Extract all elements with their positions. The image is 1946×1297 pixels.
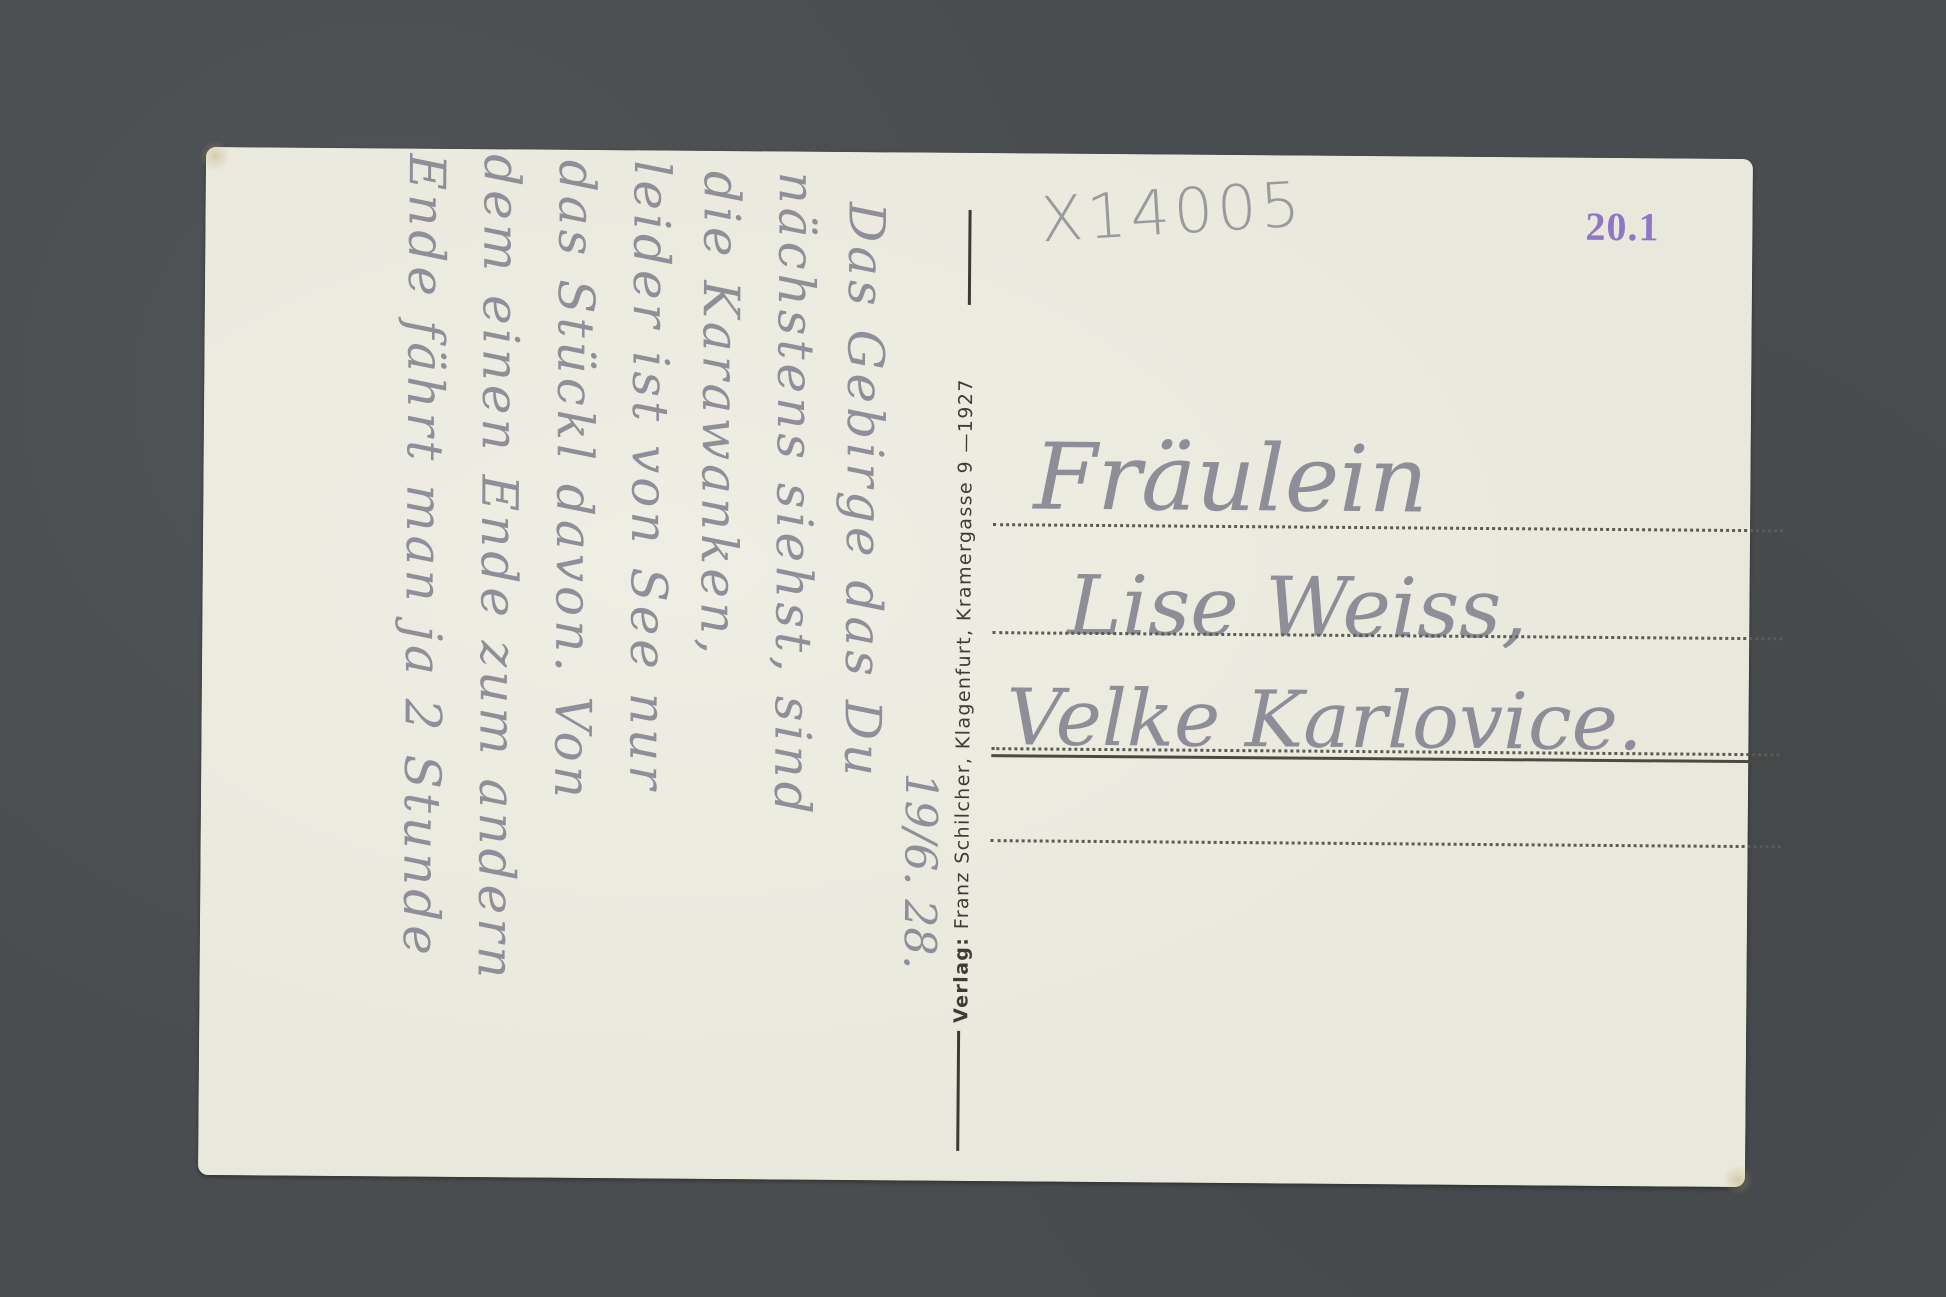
publisher-label: Verlag:: [950, 937, 973, 1023]
catalog-number: X14005: [1038, 167, 1306, 256]
message-line-6: dem einen Ende zum andern: [467, 154, 532, 983]
message-line-2: nächstens siehst, sind: [763, 171, 826, 818]
publisher-imprint: Verlag: Franz Schilcher, Klagenfurt, Kra…: [950, 313, 982, 1023]
divider-line-top: [968, 210, 972, 305]
address-line-2-text: Lise Weiss,: [1067, 559, 1528, 658]
publisher-text: Franz Schilcher, Klagenfurt, Kramergasse…: [951, 378, 977, 929]
corner-stain: [1723, 1165, 1753, 1195]
message-line-1: Das Gebirge das Du: [833, 202, 896, 780]
message-line-4: leider ist von See nur: [618, 160, 681, 793]
divider-line-bottom: [956, 1031, 960, 1151]
corner-stain: [200, 141, 230, 171]
address-dotted-line-4: [991, 839, 1781, 848]
postcard-back: X14005 20.1 Verlag: Franz Schilcher, Kla…: [198, 147, 1753, 1187]
message-line-7: Ende fährt man ja 2 Stunde: [392, 153, 456, 959]
stamp-number: 20.1: [1585, 203, 1659, 251]
message-line-5: das Stückl davon. Von: [543, 160, 606, 803]
message-date: 19/6. 28.: [894, 772, 947, 969]
message-line-3: die Karawanken,: [689, 171, 751, 659]
address-line-1-text: Fräulein: [1033, 423, 1428, 533]
